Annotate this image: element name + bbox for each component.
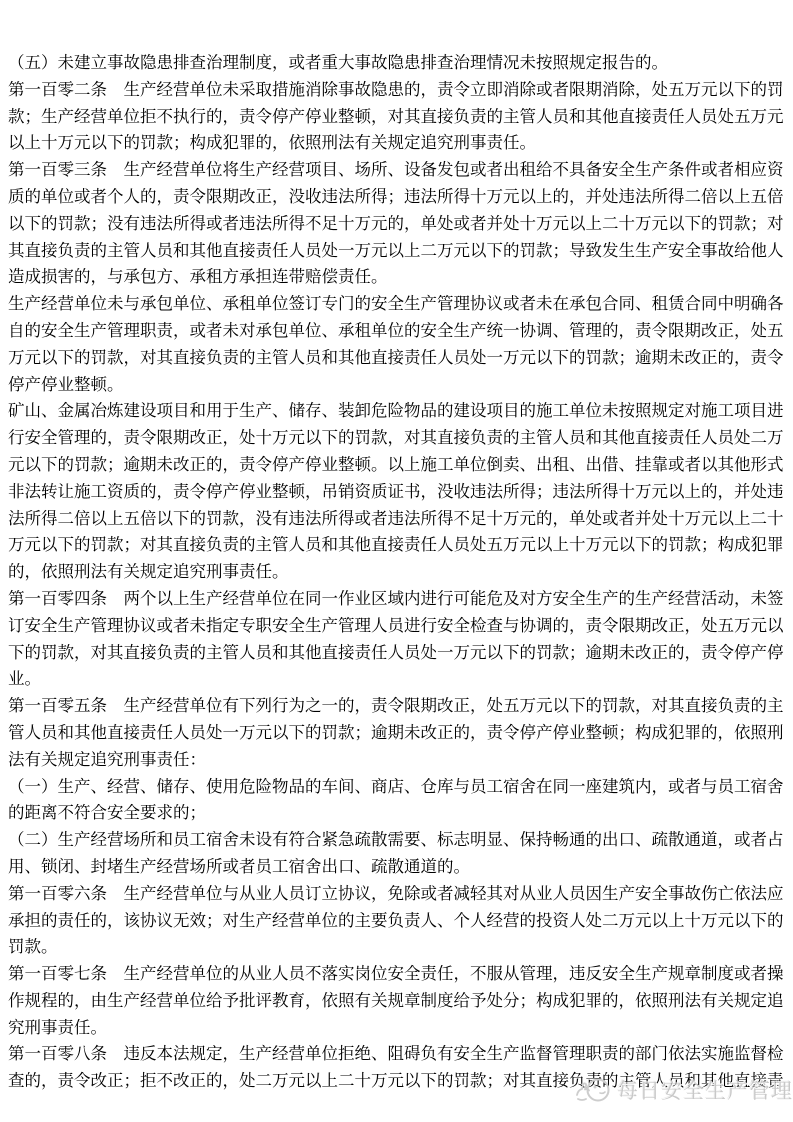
paragraph-9: （二）生产经营场所和员工宿舍未设有符合紧急疏散需要、标志明显、保持畅通的出口、疏… [8, 827, 788, 881]
paragraph-7: 第一百零五条 生产经营单位有下列行为之一的，责令限期改正，处五万元以下的罚款，对… [8, 693, 788, 773]
paragraph-4: 生产经营单位未与承包单位、承租单位签订专门的安全生产管理协议或者未在承包合同、租… [8, 291, 788, 398]
document-body: （五）未建立事故隐患排查治理制度，或者重大事故隐患排查治理情况未按照规定报告的。… [8, 50, 788, 1095]
paragraph-12: 第一百零八条 违反本法规定，生产经营单位拒绝、阻碍负有安全生产监督管理职责的部门… [8, 1041, 788, 1095]
paragraph-3: 第一百零三条 生产经营单位将生产经营项目、场所、设备发包或者出租给不具备安全生产… [8, 157, 788, 291]
document-page: （五）未建立事故隐患排查治理制度，或者重大事故隐患排查治理情况未按照规定报告的。… [0, 0, 793, 1122]
paragraph-6: 第一百零四条 两个以上生产经营单位在同一作业区域内进行可能危及对方安全生产的生产… [8, 586, 788, 693]
paragraph-5: 矿山、金属冶炼建设项目和用于生产、储存、装卸危险物品的建设项目的施工单位未按照规… [8, 398, 788, 586]
paragraph-11: 第一百零七条 生产经营单位的从业人员不落实岗位安全责任，不服从管理，违反安全生产… [8, 961, 788, 1041]
paragraph-1: （五）未建立事故隐患排查治理制度，或者重大事故隐患排查治理情况未按照规定报告的。 [8, 50, 788, 77]
paragraph-10: 第一百零六条 生产经营单位与从业人员订立协议，免除或者减轻其对从业人员因生产安全… [8, 881, 788, 961]
paragraph-8: （一）生产、经营、储存、使用危险物品的车间、商店、仓库与员工宿舍在同一座建筑内，… [8, 774, 788, 828]
paragraph-2: 第一百零二条 生产经营单位未采取措施消除事故隐患的，责令立即消除或者限期消除，处… [8, 77, 788, 157]
